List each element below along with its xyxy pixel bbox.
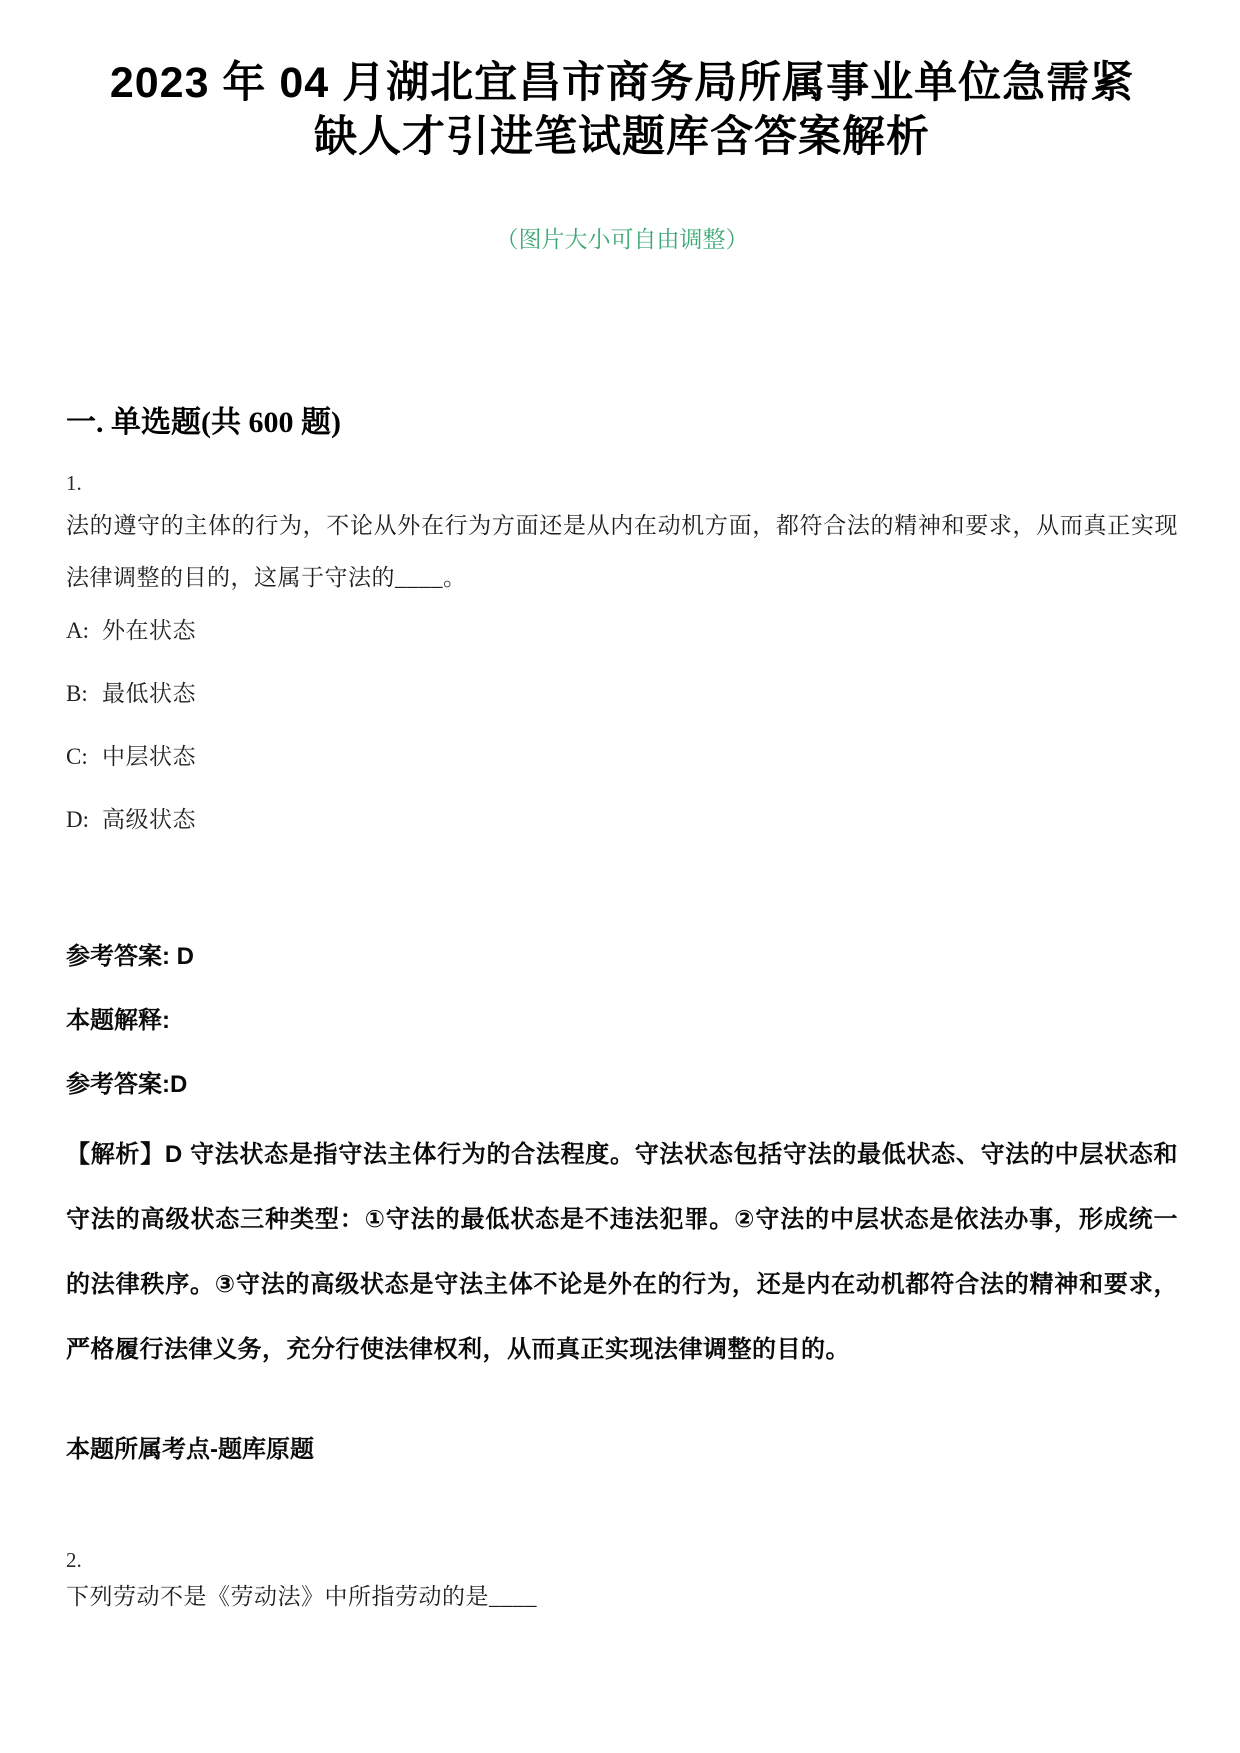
- question-block-2: 2. 下列劳动不是《劳动法》中所指劳动的是____: [66, 1547, 1178, 1613]
- document-title-line-2: 缺人才引进笔试题库含答案解析: [66, 110, 1178, 164]
- option-b-label: B:: [66, 679, 102, 709]
- option-d: D: 高级状态: [66, 805, 1178, 835]
- document-title: 2023 年 04 月湖北宜昌市商务局所属事业单位急需紧 缺人才引进笔试题库含答…: [66, 56, 1178, 164]
- question-block-1: 1. 法的遵守的主体的行为，不论从外在行为方面还是从内在动机方面，都符合法的精神…: [66, 470, 1178, 1465]
- options-list: A: 外在状态 B: 最低状态 C: 中层状态 D: 高级状态: [66, 616, 1178, 835]
- option-a: A: 外在状态: [66, 616, 1178, 646]
- option-b-text: 最低状态: [102, 679, 196, 709]
- question-text: 法的遵守的主体的行为，不论从外在行为方面还是从内在动机方面，都符合法的精神和要求…: [66, 500, 1178, 604]
- option-d-text: 高级状态: [102, 805, 196, 835]
- option-b: B: 最低状态: [66, 679, 1178, 709]
- option-c-text: 中层状态: [102, 742, 196, 772]
- reference-answer: 参考答案: D: [66, 941, 1178, 972]
- document-title-line-1: 2023 年 04 月湖北宜昌市商务局所属事业单位急需紧: [66, 56, 1178, 110]
- option-c: C: 中层状态: [66, 742, 1178, 772]
- option-c-label: C:: [66, 742, 102, 772]
- option-a-label: A:: [66, 616, 102, 646]
- topic-label: 本题所属考点-题库原题: [66, 1434, 1178, 1465]
- analysis-text: 【解析】D 守法状态是指守法主体行为的合法程度。守法状态包括守法的最低状态、守法…: [66, 1122, 1178, 1382]
- document-content: 2023 年 04 月湖北宜昌市商务局所属事业单位急需紧 缺人才引进笔试题库含答…: [0, 0, 1240, 1613]
- option-a-text: 外在状态: [102, 616, 196, 646]
- reference-answer-repeat: 参考答案:D: [66, 1069, 1178, 1100]
- question-text: 下列劳动不是《劳动法》中所指劳动的是____: [66, 1581, 1178, 1613]
- question-number: 2.: [66, 1547, 1178, 1573]
- document-page: 2023 年 04 月湖北宜昌市商务局所属事业单位急需紧 缺人才引进笔试题库含答…: [0, 0, 1240, 1753]
- section-heading: 一. 单选题(共 600 题): [66, 404, 1178, 442]
- explanation-label: 本题解释:: [66, 1005, 1178, 1036]
- question-number: 1.: [66, 470, 1178, 496]
- image-size-note: （图片大小可自由调整）: [66, 224, 1178, 254]
- option-d-label: D:: [66, 805, 102, 835]
